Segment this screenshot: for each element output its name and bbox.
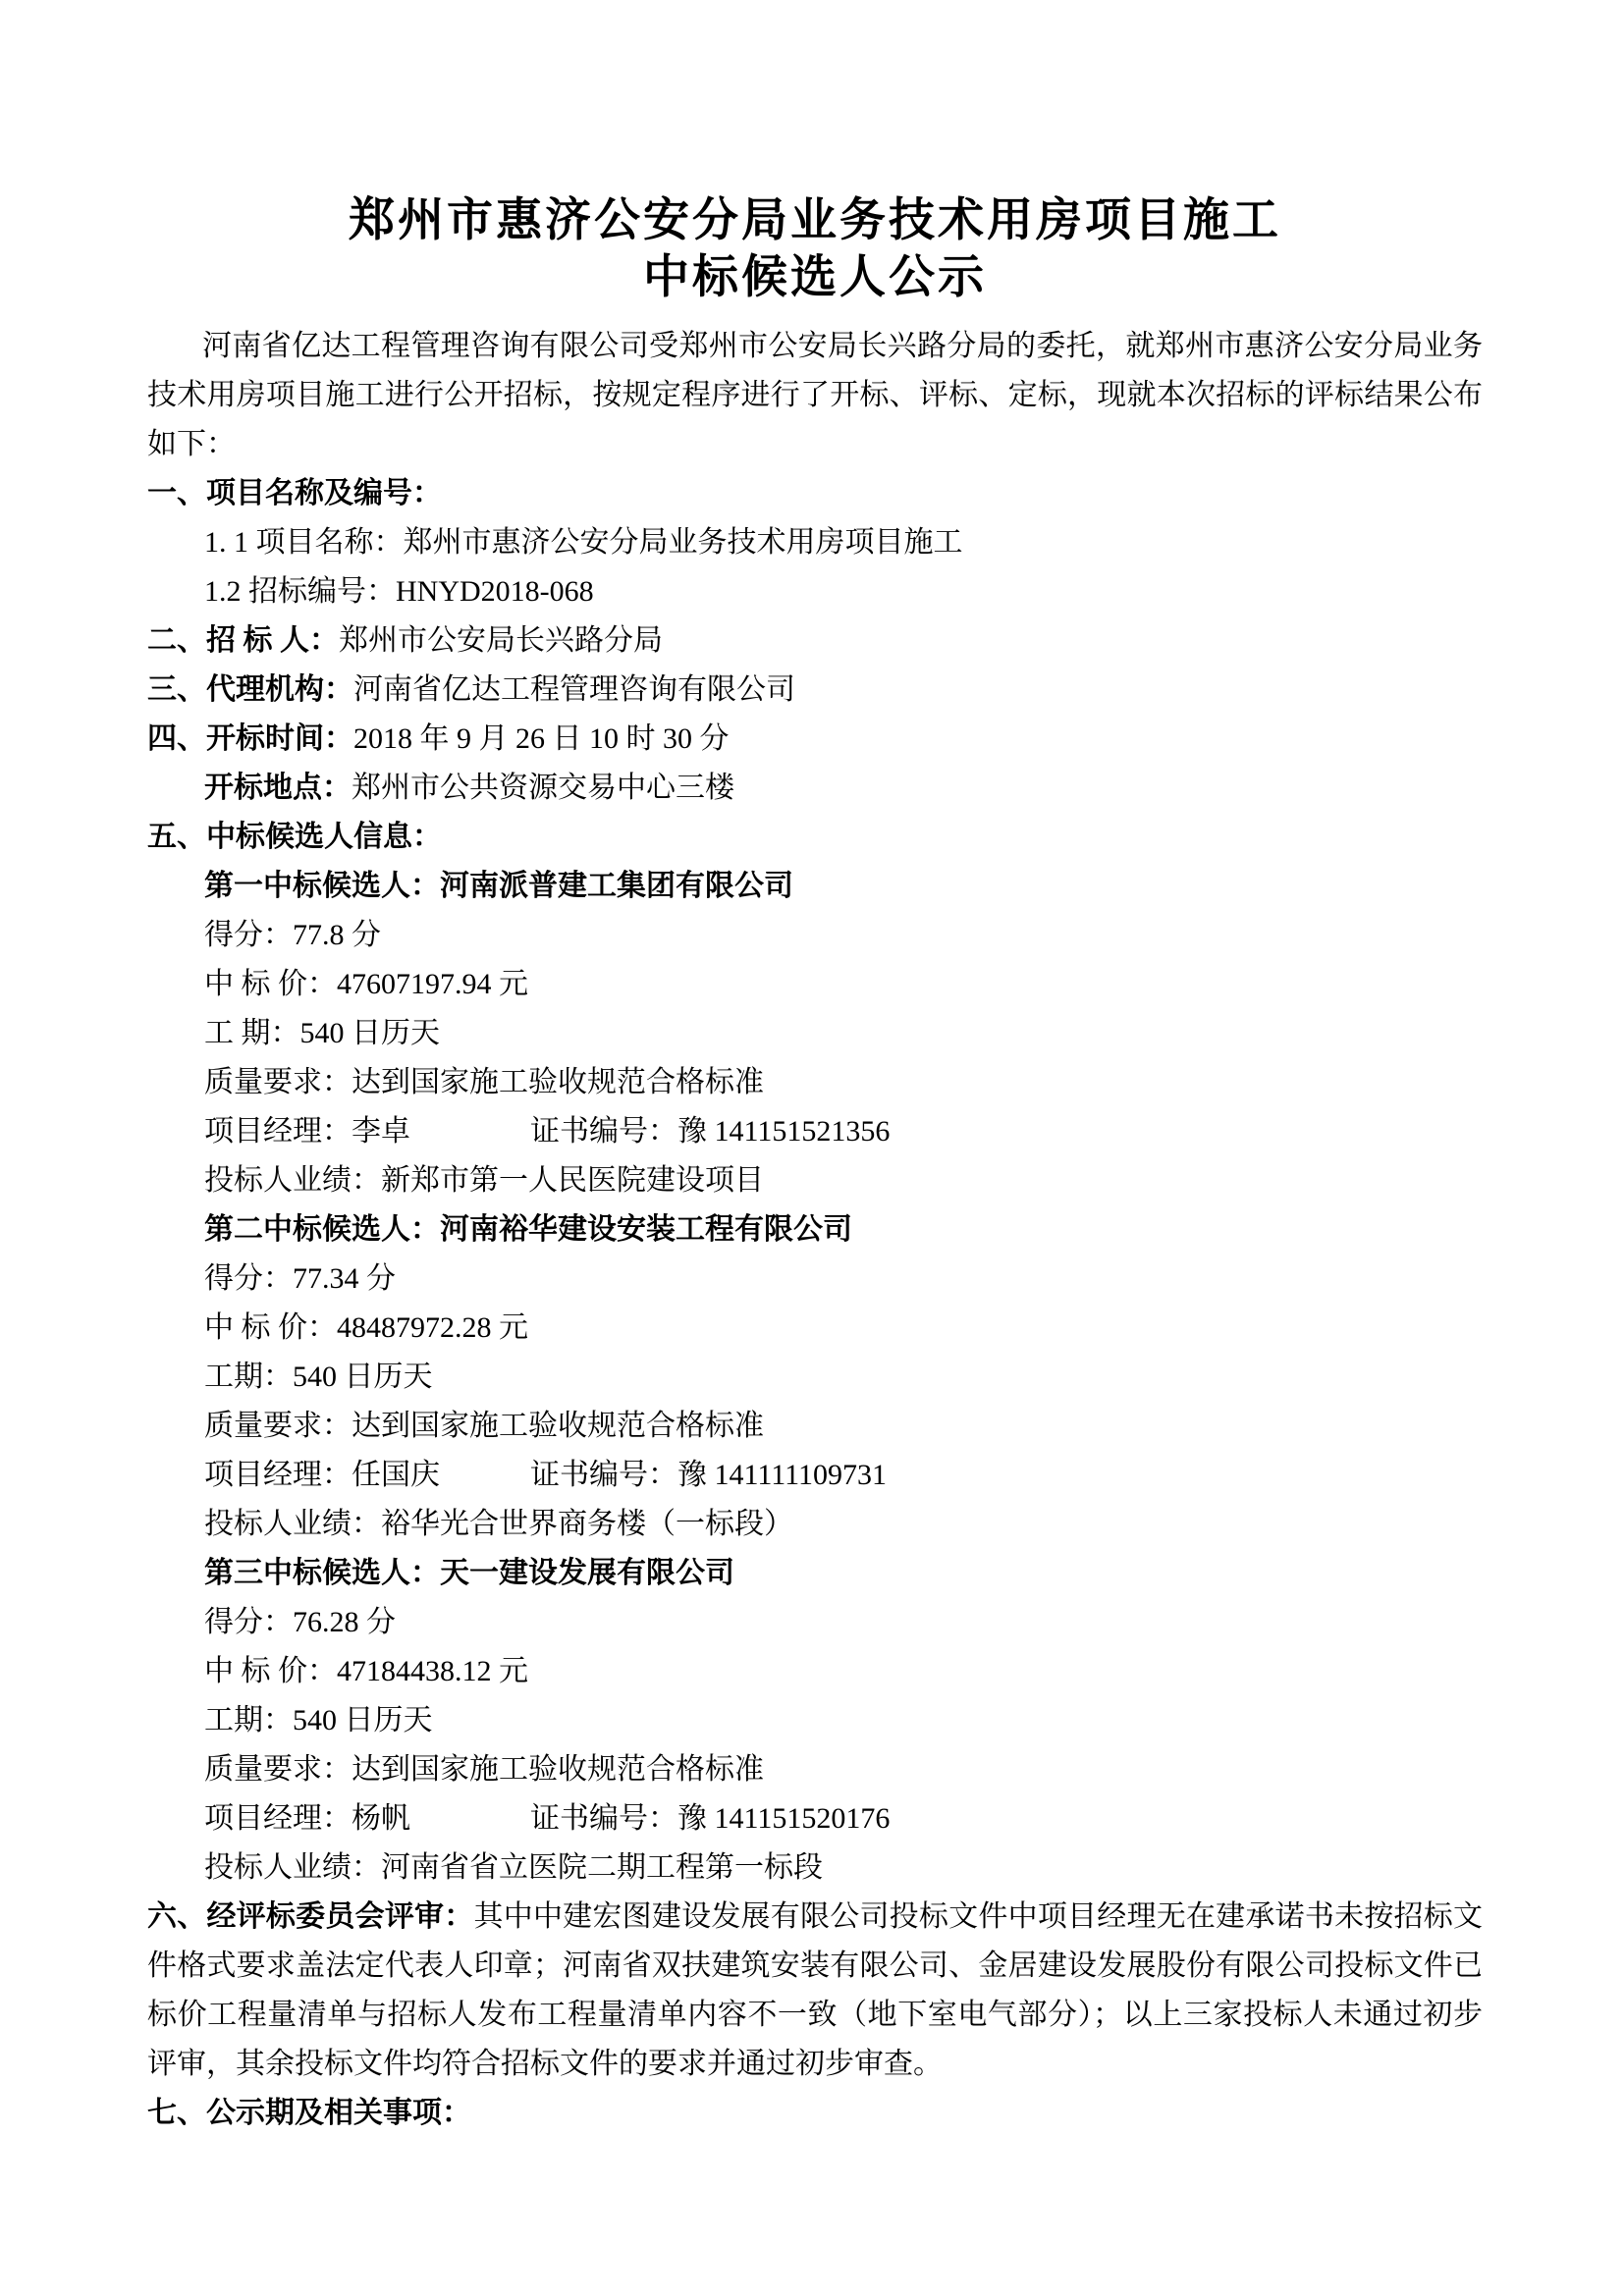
bid-opening-place-value: 郑州市公共资源交易中心三楼 xyxy=(352,772,734,804)
winning-candidate-3: 第三中标候选人：天一建设发展有限公司 得分：76.28 分 中 标 价：4718… xyxy=(147,1549,1483,1893)
section-6-review-paragraph: 六、经评标委员会评审：其中中建宏图建设发展有限公司投标文件中项目经理无在建承诺书… xyxy=(147,1893,1483,2089)
candidate-3-manager: 项目经理：杨帆 xyxy=(204,1794,530,1843)
candidate-2-duration: 工期：540 日历天 xyxy=(147,1353,1483,1402)
candidate-1-heading: 第一中标候选人：河南派普建工集团有限公司 xyxy=(147,862,1483,911)
candidate-1-quality: 质量要求：达到国家施工验收规范合格标准 xyxy=(147,1058,1483,1107)
candidate-3-achievement: 投标人业绩：河南省省立医院二期工程第一标段 xyxy=(147,1843,1483,1893)
candidate-3-duration: 工期：540 日历天 xyxy=(147,1696,1483,1745)
candidate-3-certificate: 证书编号：豫 141151520176 xyxy=(530,1802,890,1835)
tenderee-value: 郑州市公安局长兴路分局 xyxy=(339,624,663,657)
candidate-2-quality: 质量要求：达到国家施工验收规范合格标准 xyxy=(147,1402,1483,1451)
section-5-heading: 五、中标候选人信息： xyxy=(147,813,1483,862)
candidate-2-manager: 项目经理：任国庆 xyxy=(204,1451,530,1500)
bid-opening-place-label: 开标地点： xyxy=(204,772,352,804)
candidate-2-heading: 第二中标候选人：河南裕华建设安装工程有限公司 xyxy=(147,1205,1483,1255)
winning-candidate-1: 第一中标候选人：河南派普建工集团有限公司 得分：77.8 分 中 标 价：476… xyxy=(147,862,1483,1205)
candidate-1-manager: 项目经理：李卓 xyxy=(204,1107,530,1156)
winning-candidate-2: 第二中标候选人：河南裕华建设安装工程有限公司 得分：77.34 分 中 标 价：… xyxy=(147,1205,1483,1549)
agency-label: 三、代理机构： xyxy=(147,673,353,706)
candidate-1-achievement: 投标人业绩：新郑市第一人民医院建设项目 xyxy=(147,1156,1483,1205)
candidate-2-certificate: 证书编号：豫 141111109731 xyxy=(530,1459,887,1491)
candidate-3-heading: 第三中标候选人：天一建设发展有限公司 xyxy=(147,1549,1483,1598)
section-3-agency: 三、代理机构：河南省亿达工程管理咨询有限公司 xyxy=(147,666,1483,715)
candidate-1-certificate: 证书编号：豫 141151521356 xyxy=(530,1115,890,1148)
agency-value: 河南省亿达工程管理咨询有限公司 xyxy=(353,673,795,706)
section-2-tenderee: 二、招 标 人：郑州市公安局长兴路分局 xyxy=(147,616,1483,666)
document-title-line-2: 中标候选人公示 xyxy=(147,249,1483,306)
candidate-3-score: 得分：76.28 分 xyxy=(147,1598,1483,1647)
candidate-2-manager-line: 项目经理：任国庆证书编号：豫 141111109731 xyxy=(147,1451,1483,1500)
project-name-item: 1. 1 项目名称：郑州市惠济公安分局业务技术用房项目施工 xyxy=(147,518,1483,567)
candidate-2-price: 中 标 价：48487972.28 元 xyxy=(147,1304,1483,1353)
candidate-1-manager-line: 项目经理：李卓证书编号：豫 141151521356 xyxy=(147,1107,1483,1156)
candidate-3-manager-line: 项目经理：杨帆证书编号：豫 141151520176 xyxy=(147,1794,1483,1843)
tender-number-item: 1.2 招标编号：HNYD2018-068 xyxy=(147,567,1483,616)
announcement-document-page: 郑州市惠济公安分局业务技术用房项目施工 中标候选人公示 河南省亿达工程管理咨询有… xyxy=(0,0,1624,2296)
intro-paragraph: 河南省亿达工程管理咨询有限公司受郑州市公安局长兴路分局的委托，就郑州市惠济公安分… xyxy=(147,322,1483,469)
bid-opening-place: 开标地点：郑州市公共资源交易中心三楼 xyxy=(147,764,1483,813)
candidate-1-price: 中 标 价：47607197.94 元 xyxy=(147,960,1483,1009)
tenderee-label: 二、招 标 人： xyxy=(147,624,339,657)
candidate-2-score: 得分：77.34 分 xyxy=(147,1255,1483,1304)
candidate-1-score: 得分：77.8 分 xyxy=(147,911,1483,960)
bid-opening-time-value: 2018 年 9 月 26 日 10 时 30 分 xyxy=(353,722,730,755)
candidate-2-achievement: 投标人业绩：裕华光合世界商务楼（一标段） xyxy=(147,1500,1483,1549)
document-title: 郑州市惠济公安分局业务技术用房项目施工 中标候选人公示 xyxy=(147,192,1483,306)
section-4-bid-opening-time: 四、开标时间：2018 年 9 月 26 日 10 时 30 分 xyxy=(147,715,1483,764)
section-7-heading: 七、公示期及相关事项： xyxy=(147,2089,1483,2138)
candidate-3-price: 中 标 价：47184438.12 元 xyxy=(147,1647,1483,1696)
candidate-1-duration: 工 期：540 日历天 xyxy=(147,1009,1483,1058)
document-title-line-1: 郑州市惠济公安分局业务技术用房项目施工 xyxy=(147,192,1483,249)
bid-opening-time-label: 四、开标时间： xyxy=(147,722,353,755)
candidate-3-quality: 质量要求：达到国家施工验收规范合格标准 xyxy=(147,1745,1483,1794)
section-1-heading: 一、项目名称及编号： xyxy=(147,469,1483,518)
review-committee-label: 六、经评标委员会评审： xyxy=(147,1900,474,1933)
